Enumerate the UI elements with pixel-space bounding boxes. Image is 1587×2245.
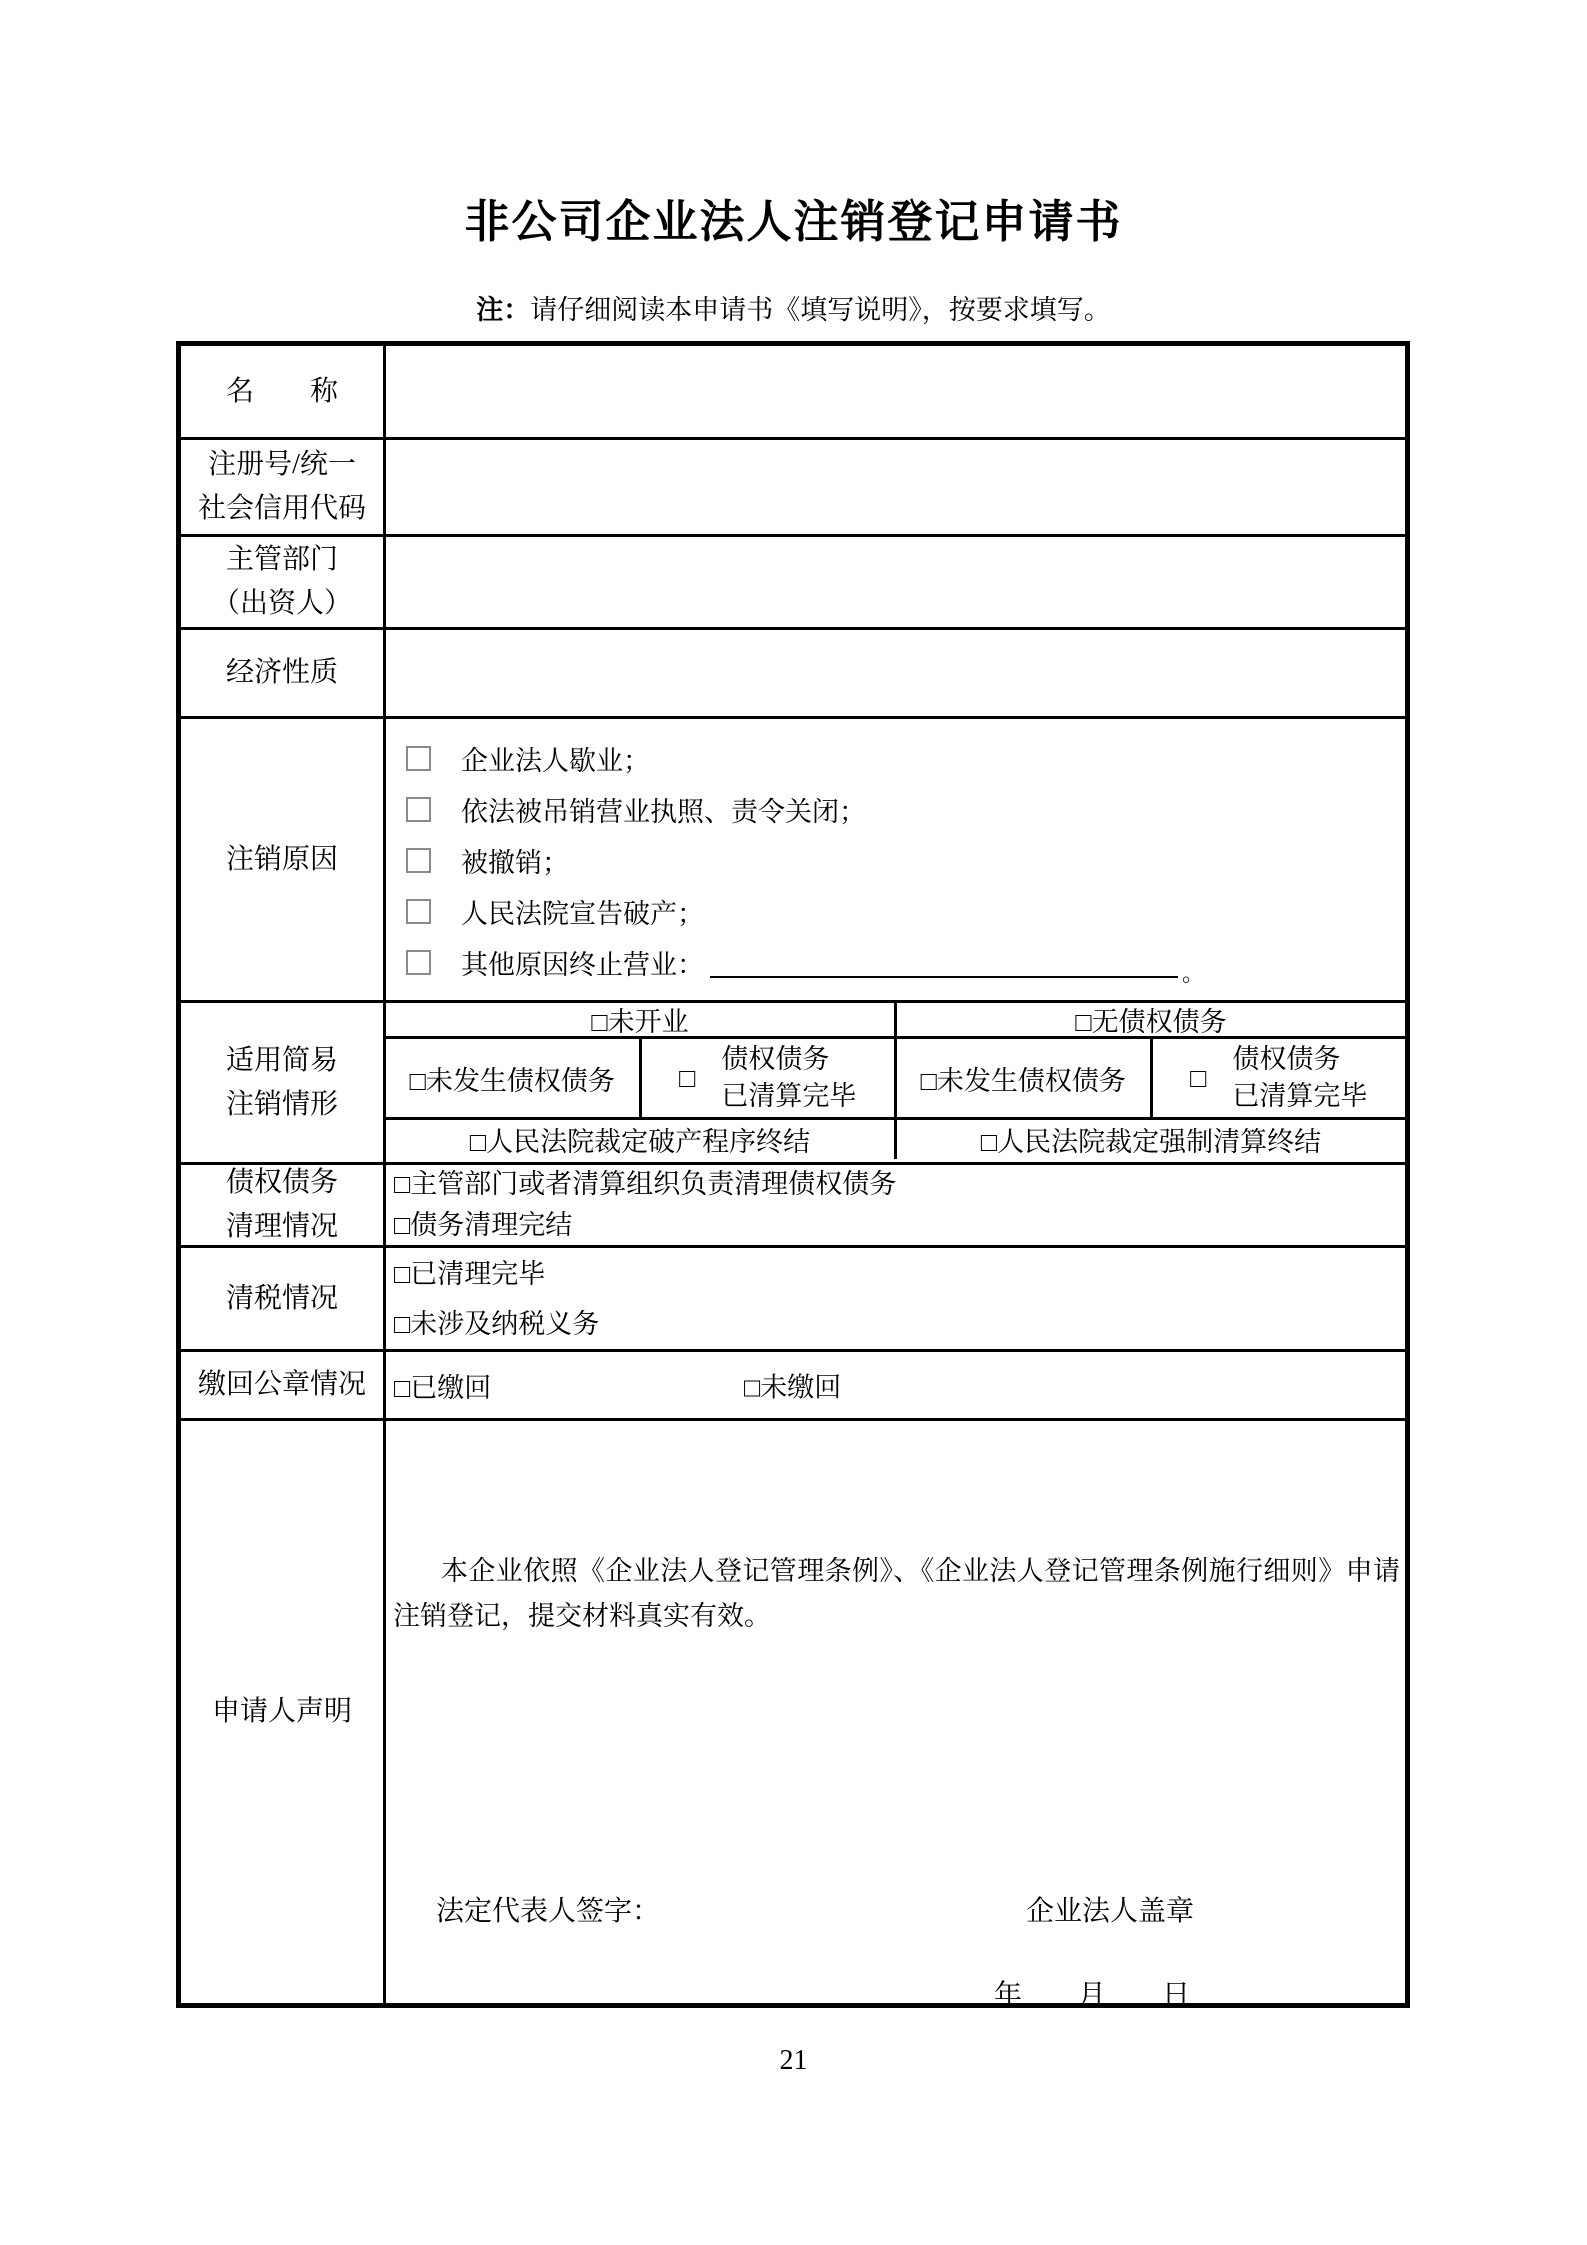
simple-label-line1: 适用简易 — [226, 1039, 338, 1083]
row-simple-deregistration-label: 适用简易 注销情形 — [181, 1003, 386, 1162]
checkbox-bankruptcy-icon[interactable] — [406, 899, 431, 924]
debt-label-line2: 清理情况 — [226, 1205, 338, 1249]
row-deregistration-reason-label: 注销原因 — [181, 719, 386, 1000]
document-page: 非公司企业法人注销登记申请书 注：请仔细阅读本申请书《填写说明》，按要求填写。 … — [0, 0, 1587, 2245]
simple-option-no-debt-occurred-right[interactable]: □未发生债权债务 — [897, 1039, 1153, 1117]
tax-clearance-option-2[interactable]: □未涉及纳税义务 — [394, 1299, 1405, 1349]
seal-return-options: □已缴回 □未缴回 — [386, 1352, 1405, 1418]
registration-number-input-cell[interactable] — [386, 440, 1405, 534]
other-reason-suffix: 。 — [1182, 957, 1204, 988]
reason-option-other-label: 其他原因终止营业： — [461, 943, 704, 982]
declaration-text: 本企业依照《企业法人登记管理条例》、《企业法人登记管理条例施行细则》申请注销登记… — [393, 1549, 1400, 1639]
economic-nature-input-cell[interactable] — [386, 630, 1405, 716]
debt-cleared-left-line2: 已清算完毕 — [721, 1078, 856, 1115]
reason-option-dissolved-label: 被撤销； — [461, 841, 569, 880]
date-line: 年 月 日 — [994, 1973, 1190, 2013]
note-text: 请仔细阅读本申请书《填写说明》，按要求填写。 — [530, 295, 1111, 325]
reason-option-license-revoked-label: 依法被吊销营业执照、责令关闭； — [461, 790, 866, 829]
tax-clearance-options: □已清理完毕 □未涉及纳税义务 — [386, 1248, 1405, 1349]
row-simple-deregistration: 适用简易 注销情形 □未开业 □无债权债务 □未发生债权债务 □ — [181, 1003, 1405, 1165]
checkbox-license-revoked-icon[interactable] — [406, 797, 431, 822]
row-debt-clearing-label: 债权债务 清理情况 — [181, 1165, 386, 1245]
name-input-cell[interactable] — [386, 346, 1405, 437]
legal-representative-signature-label: 法定代表人签字： — [436, 1889, 660, 1929]
page-title: 非公司企业法人注销登记申请书 — [0, 185, 1587, 250]
simple-option-forced-liquidation-terminated[interactable]: □人民法院裁定强制清算终结 — [897, 1120, 1405, 1159]
row-registration-number-label: 注册号/统一 社会信用代码 — [181, 440, 386, 534]
seal-not-returned-option[interactable]: □未缴回 — [744, 1366, 841, 1405]
other-reason-fill-line[interactable] — [710, 948, 1178, 978]
row-supervising-department: 主管部门 （出资人） — [181, 537, 1405, 630]
applicant-declaration-content: 本企业依照《企业法人登记管理条例》、《企业法人登记管理条例施行细则》申请注销登记… — [386, 1421, 1405, 2003]
debt-cleared-left-line1: 债权债务 — [721, 1041, 856, 1078]
row-registration-number: 注册号/统一 社会信用代码 — [181, 440, 1405, 537]
dept-label-line1: 主管部门 — [226, 538, 338, 582]
reason-option-license-revoked: 依法被吊销营业执照、责令关闭； — [386, 784, 1405, 835]
note: 注：请仔细阅读本申请书《填写说明》，按要求填写。 — [0, 288, 1587, 327]
checkbox-debt-cleared-left-icon[interactable]: □ — [679, 1063, 695, 1094]
row-deregistration-reason: 注销原因 企业法人歇业； 依法被吊销营业执照、责令关闭； 被撤销； — [181, 719, 1405, 1003]
tax-clearance-option-1[interactable]: □已清理完毕 — [394, 1249, 1405, 1299]
page-number: 21 — [0, 2045, 1587, 2077]
debt-cleared-right-line2: 已清算完毕 — [1232, 1078, 1367, 1115]
checkbox-business-closed-icon[interactable] — [406, 746, 431, 771]
debt-cleared-right-line1: 债权债务 — [1232, 1041, 1367, 1078]
reason-option-other: 其他原因终止营业： 。 — [386, 937, 1405, 988]
checkbox-other-reason-icon[interactable] — [406, 950, 431, 975]
regno-label-line2: 社会信用代码 — [198, 487, 366, 531]
row-applicant-declaration-label: 申请人声明 — [181, 1421, 386, 2003]
debt-label-line1: 债权债务 — [226, 1161, 338, 1205]
simple-option-no-debt-header[interactable]: □无债权债务 — [897, 1003, 1405, 1036]
row-seal-return: 缴回公章情况 □已缴回 □未缴回 — [181, 1352, 1405, 1421]
simple-option-debt-cleared-left[interactable]: □ 债权债务 已清算完毕 — [642, 1039, 898, 1117]
debt-clearing-option-2[interactable]: □债务清理完结 — [394, 1205, 1405, 1246]
simple-deregistration-grid: □未开业 □无债权债务 □未发生债权债务 □ 债权债务 已清算完毕 — [386, 1003, 1405, 1162]
regno-label-line1: 注册号/统一 — [208, 443, 356, 487]
deregistration-form-table: 名 称 注册号/统一 社会信用代码 主管部门 （出资人） 经济性质 注 — [176, 341, 1410, 2008]
row-economic-nature-label: 经济性质 — [181, 630, 386, 716]
debt-clearing-option-1[interactable]: □主管部门或者清算组织负责清理债权债务 — [394, 1164, 1405, 1205]
simple-option-not-opened[interactable]: □未开业 — [386, 1003, 897, 1036]
row-name: 名 称 — [181, 346, 1405, 440]
seal-returned-option[interactable]: □已缴回 — [394, 1366, 491, 1405]
checkbox-dissolved-icon[interactable] — [406, 848, 431, 873]
reason-option-closed-label: 企业法人歇业； — [461, 739, 650, 778]
row-debt-clearing: 债权债务 清理情况 □主管部门或者清算组织负责清理债权债务 □债务清理完结 — [181, 1165, 1405, 1248]
simple-label-line2: 注销情形 — [226, 1083, 338, 1127]
checkbox-debt-cleared-right-icon[interactable]: □ — [1190, 1063, 1206, 1094]
simple-option-debt-cleared-right[interactable]: □ 债权债务 已清算完毕 — [1153, 1039, 1406, 1117]
row-tax-clearance-label: 清税情况 — [181, 1248, 386, 1349]
row-supervising-department-label: 主管部门 （出资人） — [181, 537, 386, 627]
supervising-department-input-cell[interactable] — [386, 537, 1405, 627]
enterprise-seal-label: 企业法人盖章 — [1026, 1889, 1194, 1929]
dept-label-line2: （出资人） — [212, 582, 352, 626]
row-tax-clearance: 清税情况 □已清理完毕 □未涉及纳税义务 — [181, 1248, 1405, 1352]
row-name-label: 名 称 — [181, 346, 386, 437]
simple-option-bankruptcy-terminated[interactable]: □人民法院裁定破产程序终结 — [386, 1120, 897, 1159]
reason-option-bankruptcy: 人民法院宣告破产； — [386, 886, 1405, 937]
reason-option-bankruptcy-label: 人民法院宣告破产； — [461, 892, 704, 931]
reason-option-dissolved: 被撤销； — [386, 835, 1405, 886]
row-seal-return-label: 缴回公章情况 — [181, 1352, 386, 1418]
reason-option-closed: 企业法人歇业； — [386, 733, 1405, 784]
debt-clearing-options: □主管部门或者清算组织负责清理债权债务 □债务清理完结 — [386, 1165, 1405, 1245]
row-economic-nature: 经济性质 — [181, 630, 1405, 719]
note-prefix: 注： — [476, 295, 530, 325]
row-applicant-declaration: 申请人声明 本企业依照《企业法人登记管理条例》、《企业法人登记管理条例施行细则》… — [181, 1421, 1405, 2003]
simple-option-no-debt-occurred-left[interactable]: □未发生债权债务 — [386, 1039, 642, 1117]
deregistration-reason-options: 企业法人歇业； 依法被吊销营业执照、责令关闭； 被撤销； 人民法院宣告破产； — [386, 719, 1405, 1000]
